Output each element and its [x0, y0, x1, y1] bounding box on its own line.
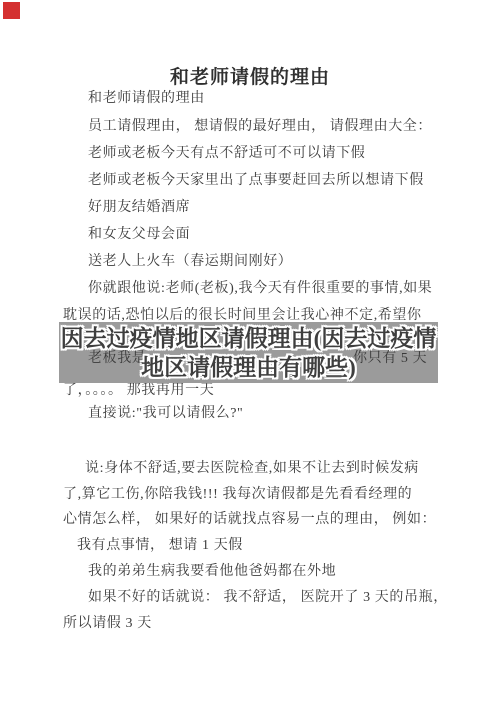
text-line: 心情怎么样， 如果好的话就找点容易一点的理由， 例如： [63, 512, 436, 527]
watermark-title-line1: 因去过疫情地区请假理由(因去过疫情 [61, 324, 437, 353]
text-line: 你就跟他说:老师(老板),我今天有件很重要的事情,如果 [88, 281, 432, 296]
watermark-title-line2: 地区请假理由有哪些) [141, 353, 356, 382]
text-line: 了，。。。。 那我再用一天 [63, 383, 214, 398]
text-line: 如果不好的话就说： 我不舒适， 医院开了 3 天的吊瓶， [88, 590, 448, 605]
watermark-title: 因去过疫情地区请假理由(因去过疫情 地区请假理由有哪些) [59, 322, 438, 383]
page-title: 和老师请假的理由 [0, 62, 500, 89]
red-corner-square [3, 2, 20, 19]
text-line: 老师或老板今天家里出了点事要赶回去所以想请下假 [88, 173, 424, 188]
text-line: 说:身体不舒适,要去医院检查,如果不让去到时候发病 [85, 461, 419, 476]
text-line: 和老师请假的理由 [88, 91, 205, 106]
text-line: 我有点事情， 想请 1 天假 [77, 538, 243, 553]
text-line: 我的弟弟生病我要看他他爸妈都在外地 [88, 564, 336, 579]
article-page: 和老师请假的理由 和老师请假的理由员工请假理由， 想请假的最好理由， 请假理由大… [0, 0, 500, 706]
text-line: 耽误的话,恐怕以后的很长时间里会让我心神不定,希望你 [63, 308, 422, 323]
text-line: 好朋友结婚酒席 [88, 200, 190, 215]
text-line: 和女友父母会面 [88, 227, 190, 242]
text-line: 直接说:"我可以请假么?" [88, 406, 243, 421]
text-line: 老师或老板今天有点不舒适可不可以请下假 [88, 146, 365, 161]
text-line: 员工请假理由， 想请假的最好理由， 请假理由大全： [88, 119, 432, 134]
text-line: 了,算它工伤,你陪我钱!!! 我每次请假都是先看看经理的 [63, 487, 412, 502]
text-line: 送老人上火车（春运期间刚好） [88, 254, 292, 269]
text-line: 所以请假 3 天 [63, 616, 152, 631]
